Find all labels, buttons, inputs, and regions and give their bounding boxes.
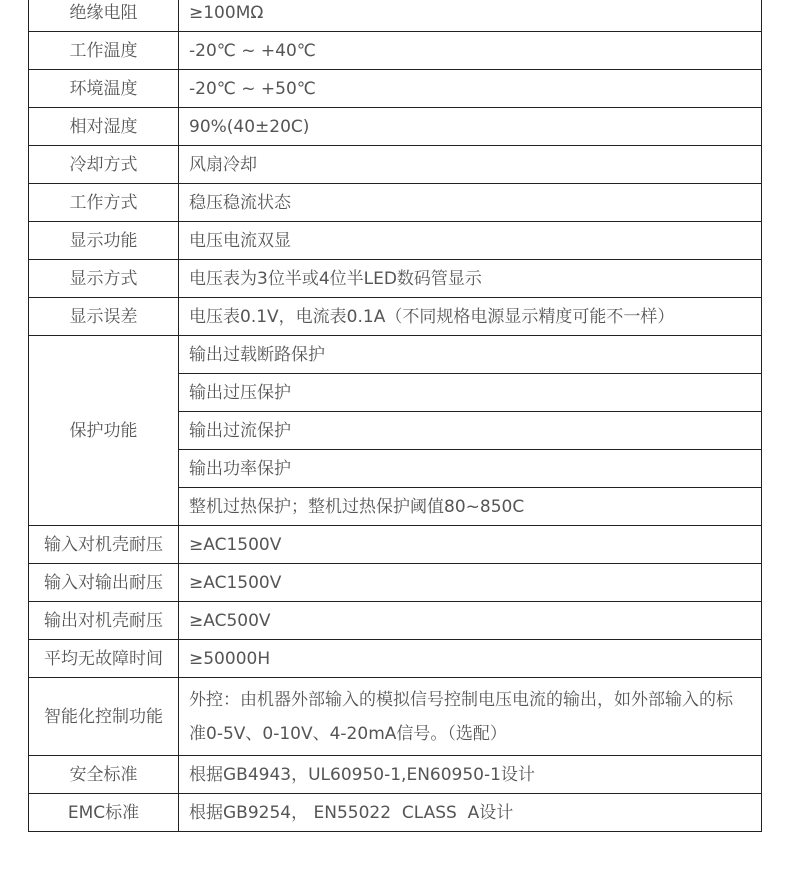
table-row: 输入对机壳耐压 ≥AC1500V <box>29 526 762 564</box>
row-label: 平均无故障时间 <box>29 640 179 678</box>
table-row: 工作温度 -20℃ ~ +40℃ <box>29 32 762 70</box>
protection-item: 输出过流保护 <box>179 412 762 450</box>
table-row: 安全标准 根据GB4943，UL60950-1,EN60950-1设计 <box>29 756 762 794</box>
row-value: ≥AC500V <box>179 602 762 640</box>
table-row-protection: 保护功能 输出过载断路保护 <box>29 336 762 374</box>
row-value: -20℃ ~ +50℃ <box>179 70 762 108</box>
row-label: 冷却方式 <box>29 146 179 184</box>
table-row: 环境温度 -20℃ ~ +50℃ <box>29 70 762 108</box>
row-label: 绝缘电阻 <box>29 0 179 32</box>
row-label: 安全标准 <box>29 756 179 794</box>
table-row: 相对湿度 90%(40±20C) <box>29 108 762 146</box>
table-row: 显示方式 电压表为3位半或4位半LED数码管显示 <box>29 260 762 298</box>
row-label: 显示方式 <box>29 260 179 298</box>
table-row: 绝缘电阻 ≥100MΩ <box>29 0 762 32</box>
row-value: -20℃ ~ +40℃ <box>179 32 762 70</box>
row-label: 输出对机壳耐压 <box>29 602 179 640</box>
row-value: 风扇冷却 <box>179 146 762 184</box>
row-label: 工作温度 <box>29 32 179 70</box>
row-value: 电压电流双显 <box>179 222 762 260</box>
row-label: 相对湿度 <box>29 108 179 146</box>
protection-item: 整机过热保护；整机过热保护阈值80~850C <box>179 488 762 526</box>
spec-table: 绝缘电阻 ≥100MΩ 工作温度 -20℃ ~ +40℃ 环境温度 -20℃ ~… <box>28 0 762 832</box>
row-label: 输入对机壳耐压 <box>29 526 179 564</box>
row-value: 90%(40±20C) <box>179 108 762 146</box>
table-row: 平均无故障时间 ≥50000H <box>29 640 762 678</box>
row-label: EMC标准 <box>29 794 179 832</box>
row-value: ≥AC1500V <box>179 526 762 564</box>
protection-item: 输出功率保护 <box>179 450 762 488</box>
smart-control-value: 外控：由机器外部输入的模拟信号控制电压电流的输出，如外部输入的标准0-5V、0-… <box>179 678 762 756</box>
protection-label: 保护功能 <box>29 336 179 526</box>
row-label: 显示误差 <box>29 298 179 336</box>
protection-item: 输出过压保护 <box>179 374 762 412</box>
table-row: 显示功能 电压电流双显 <box>29 222 762 260</box>
row-value: 电压表0.1V，电流表0.1A（不同规格电源显示精度可能不一样） <box>179 298 762 336</box>
table-row-smart-control: 智能化控制功能 外控：由机器外部输入的模拟信号控制电压电流的输出，如外部输入的标… <box>29 678 762 756</box>
table-row: 冷却方式 风扇冷却 <box>29 146 762 184</box>
row-value: 电压表为3位半或4位半LED数码管显示 <box>179 260 762 298</box>
row-label: 工作方式 <box>29 184 179 222</box>
table-row: 输出对机壳耐压 ≥AC500V <box>29 602 762 640</box>
row-label: 输入对输出耐压 <box>29 564 179 602</box>
row-value: 稳压稳流状态 <box>179 184 762 222</box>
row-value: ≥AC1500V <box>179 564 762 602</box>
row-value: ≥50000H <box>179 640 762 678</box>
row-value: 根据GB4943，UL60950-1,EN60950-1设计 <box>179 756 762 794</box>
table-row: EMC标准 根据GB9254， EN55022 CLASS A设计 <box>29 794 762 832</box>
protection-item: 输出过载断路保护 <box>179 336 762 374</box>
row-value: ≥100MΩ <box>179 0 762 32</box>
row-label: 环境温度 <box>29 70 179 108</box>
smart-control-label: 智能化控制功能 <box>29 678 179 756</box>
row-label: 显示功能 <box>29 222 179 260</box>
row-value: 根据GB9254， EN55022 CLASS A设计 <box>179 794 762 832</box>
table-row: 显示误差 电压表0.1V，电流表0.1A（不同规格电源显示精度可能不一样） <box>29 298 762 336</box>
table-row: 输入对输出耐压 ≥AC1500V <box>29 564 762 602</box>
table-row: 工作方式 稳压稳流状态 <box>29 184 762 222</box>
